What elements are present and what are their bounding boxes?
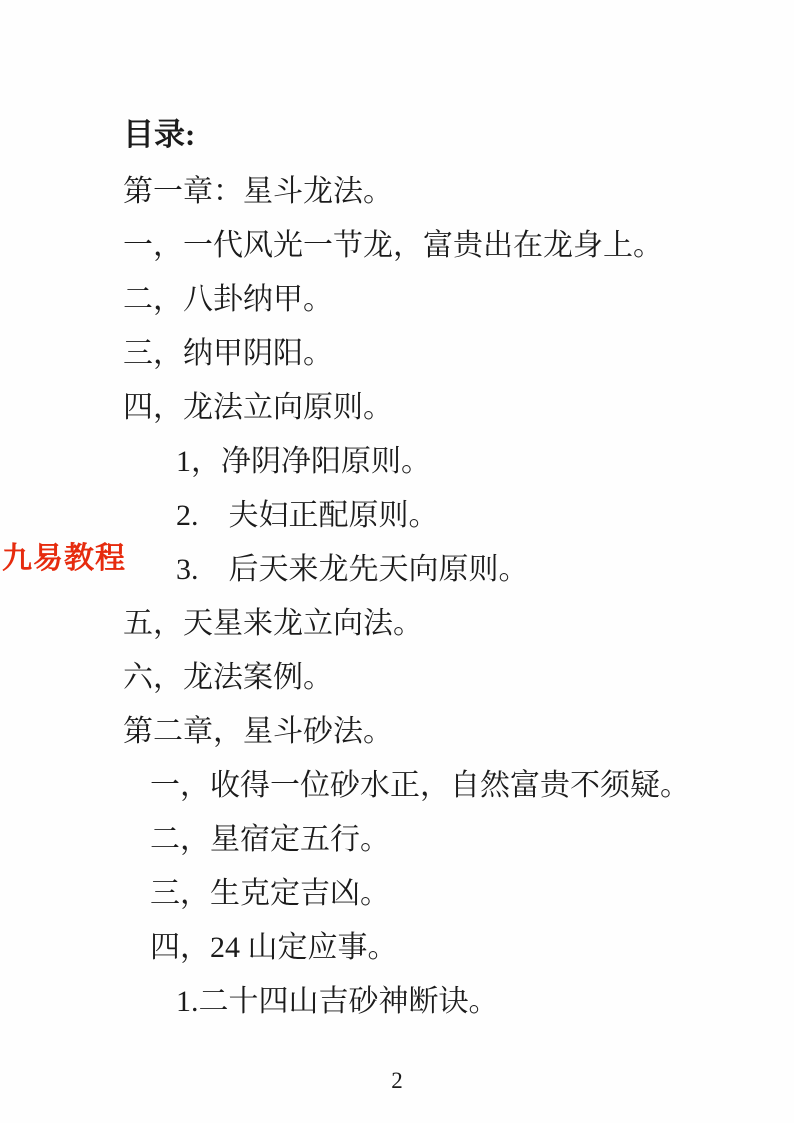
watermark-text: 九易教程	[2, 541, 126, 577]
toc-line: 四，24 山定应事。	[123, 921, 754, 975]
toc-line: 1.二十四山吉砂神断诀。	[123, 975, 754, 1029]
toc-line: 一，一代风光一节龙，富贵出在龙身上。	[123, 219, 754, 273]
toc-line: 第一章：星斗龙法。	[123, 165, 754, 219]
toc-line: 二，星宿定五行。	[123, 813, 754, 867]
toc-line: 三，生克定吉凶。	[123, 867, 754, 921]
toc-line: 六，龙法案例。	[123, 651, 754, 705]
toc-title: 目录:	[123, 112, 754, 158]
document-page: 九易教程 目录: 第一章：星斗龙法。一，一代风光一节龙，富贵出在龙身上。二，八卦…	[0, 0, 794, 1123]
toc-line: 二，八卦纳甲。	[123, 273, 754, 327]
table-of-contents: 目录: 第一章：星斗龙法。一，一代风光一节龙，富贵出在龙身上。二，八卦纳甲。三，…	[123, 112, 754, 1029]
toc-list: 第一章：星斗龙法。一，一代风光一节龙，富贵出在龙身上。二，八卦纳甲。三，纳甲阴阳…	[123, 165, 754, 1029]
toc-line: 3. 后天来龙先天向原则。	[123, 543, 754, 597]
toc-line: 一，收得一位砂水正，自然富贵不须疑。	[123, 759, 754, 813]
page-number: 2	[0, 1066, 794, 1096]
toc-line: 2. 夫妇正配原则。	[123, 489, 754, 543]
toc-line: 1，净阴净阳原则。	[123, 435, 754, 489]
toc-line: 五，天星来龙立向法。	[123, 597, 754, 651]
toc-line: 第二章，星斗砂法。	[123, 705, 754, 759]
toc-line: 三，纳甲阴阳。	[123, 327, 754, 381]
toc-line: 四，龙法立向原则。	[123, 381, 754, 435]
